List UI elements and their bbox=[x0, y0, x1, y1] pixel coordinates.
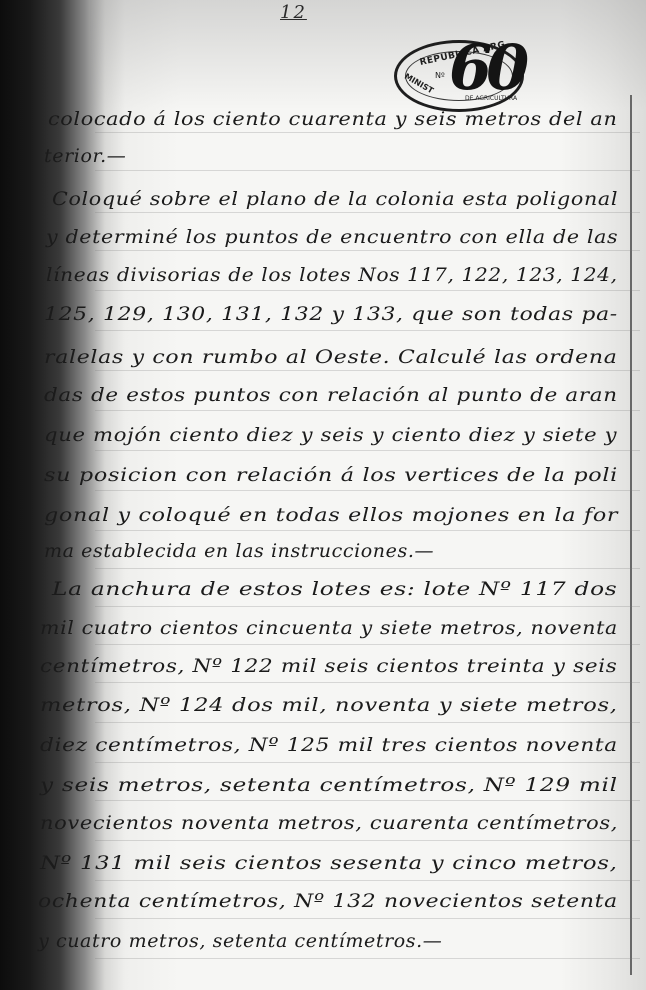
manuscript-line: y determiné los puntos de encuentro con … bbox=[46, 228, 618, 247]
manuscript-line: Nº 131 mil seis cientos sesenta y cinco … bbox=[40, 854, 618, 873]
stamp-number-label: Nº bbox=[435, 71, 445, 80]
manuscript-line: centímetros, Nº 122 mil seis cientos tre… bbox=[40, 657, 617, 676]
ruled-line bbox=[95, 722, 640, 723]
manuscript-line: Coloqué sobre el plano de la colonia est… bbox=[52, 190, 618, 209]
right-margin-rule bbox=[630, 95, 632, 975]
manuscript-line: La anchura de estos lotes es: lote Nº 11… bbox=[52, 580, 617, 599]
manuscript-line: líneas divisorias de los lotes Nos 117, … bbox=[46, 266, 618, 285]
ruled-line bbox=[95, 568, 640, 569]
page-number: 12 bbox=[280, 2, 307, 23]
ruled-line bbox=[95, 530, 640, 531]
ruled-line bbox=[95, 450, 640, 451]
manuscript-line: ralelas y con rumbo al Oeste. Calculé la… bbox=[44, 348, 618, 367]
ruled-line bbox=[95, 800, 640, 801]
stamp-handwritten-number: 60 bbox=[449, 37, 523, 99]
manuscript-line: novecientos noventa metros, cuarenta cen… bbox=[40, 814, 618, 833]
ruled-line bbox=[95, 918, 640, 919]
manuscript-line: das de estos puntos con relación al punt… bbox=[44, 386, 618, 405]
ruled-line bbox=[95, 290, 640, 291]
manuscript-page: 12 REPUBLICA ARG MINIST Nº 60 DE AGRICUL… bbox=[0, 0, 646, 990]
ruled-line bbox=[95, 490, 640, 491]
ruled-line bbox=[95, 644, 640, 645]
ruled-line bbox=[95, 958, 640, 959]
ruled-line bbox=[95, 410, 640, 411]
ruled-line bbox=[95, 250, 640, 251]
ruled-line bbox=[95, 132, 640, 133]
manuscript-line: terior.— bbox=[44, 147, 126, 166]
scan-shading bbox=[90, 0, 646, 110]
manuscript-line: su posicion con relación á los vertices … bbox=[44, 466, 618, 485]
ministry-stamp: REPUBLICA ARG MINIST Nº 60 DE AGRICULTUR… bbox=[394, 40, 524, 112]
ruled-line bbox=[95, 330, 640, 331]
ruled-line bbox=[95, 170, 640, 171]
ruled-line bbox=[95, 840, 640, 841]
ruled-line bbox=[95, 880, 640, 881]
manuscript-line: gonal y coloqué en todas ellos mojones e… bbox=[44, 506, 618, 525]
ruled-line bbox=[95, 682, 640, 683]
manuscript-line: colocado á los ciento cuarenta y seis me… bbox=[48, 110, 617, 129]
stamp-bottom-text: DE AGRICULTURA bbox=[465, 95, 517, 102]
manuscript-line: diez centímetros, Nº 125 mil tres ciento… bbox=[40, 736, 618, 755]
manuscript-line: que mojón ciento diez y seis y ciento di… bbox=[44, 426, 617, 445]
manuscript-line: ochenta centímetros, Nº 132 novecientos … bbox=[38, 892, 618, 911]
manuscript-line: metros, Nº 124 dos mil, noventa y siete … bbox=[40, 696, 618, 715]
manuscript-line: y seis metros, setenta centímetros, Nº 1… bbox=[40, 776, 618, 795]
manuscript-line: 125, 129, 130, 131, 132 y 133, que son t… bbox=[44, 305, 618, 324]
manuscript-line: ma establecida en las instrucciones.— bbox=[44, 542, 434, 561]
manuscript-line: y cuatro metros, setenta centímetros.— bbox=[38, 932, 442, 951]
ruled-line bbox=[95, 762, 640, 763]
manuscript-line: mil cuatro cientos cincuenta y siete met… bbox=[40, 619, 618, 638]
ruled-line bbox=[95, 370, 640, 371]
ruled-line bbox=[95, 212, 640, 213]
ruled-line bbox=[95, 606, 640, 607]
